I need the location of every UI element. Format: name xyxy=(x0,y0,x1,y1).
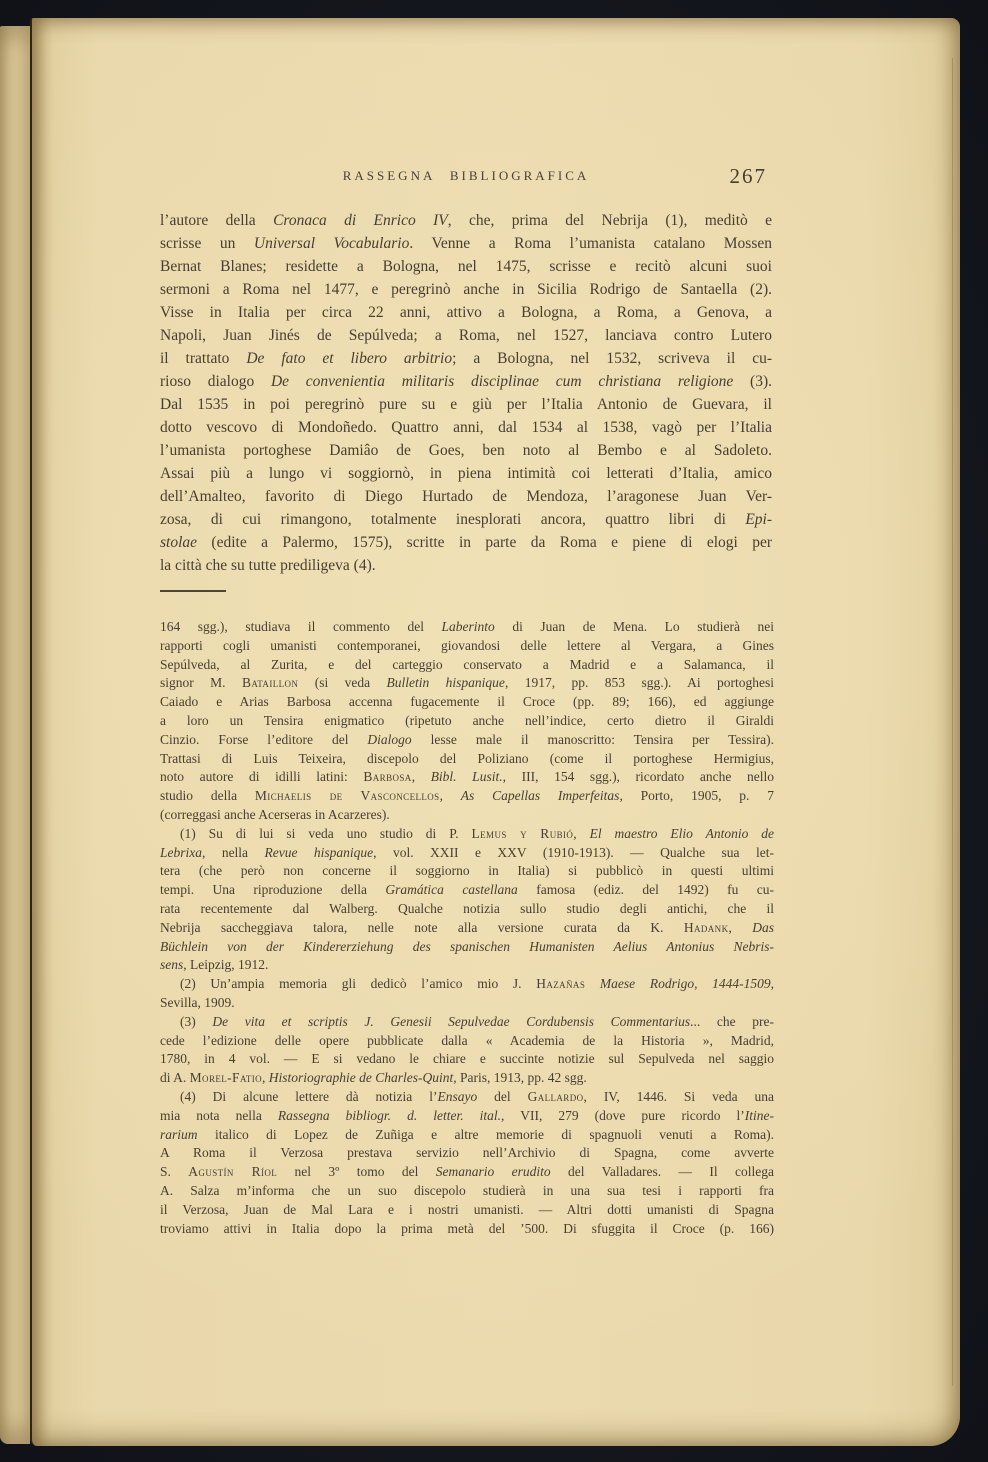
previous-page-edge xyxy=(0,26,30,1444)
text-line: 164 sgg.), studiava il commento del Labe… xyxy=(160,618,774,637)
text-line: l’umanista portoghese Damiâo de Goes, be… xyxy=(160,439,772,462)
text-line: A Roma il Verzosa prestava servizio nell… xyxy=(160,1144,774,1163)
text-line: mia nota nella Rassegna bibliogr. d. let… xyxy=(160,1107,774,1126)
book-page: RASSEGNA BIBLIOGRAFICA 267 l’autore dell… xyxy=(30,18,960,1446)
text-line: sens, Leipzig, 1912. xyxy=(160,956,774,975)
text-line: zosa, di cui rimangono, totalmente inesp… xyxy=(160,508,772,531)
body-paragraph: l’autore della Cronaca di Enrico IV, che… xyxy=(160,209,772,577)
text-line: rata recentemente dal Walberg. Qualche n… xyxy=(160,900,774,919)
text-line: Nebrija saccheggiava talora, nelle note … xyxy=(160,919,774,938)
text-line: (2) Un’ampia memoria gli dedicò l’amico … xyxy=(160,975,774,994)
footnote-2: (2) Un’ampia memoria gli dedicò l’amico … xyxy=(160,975,774,1013)
text-line: la città che su tutte prediligeva (4). xyxy=(160,554,772,577)
text-line: Büchlein von der Kindererziehung des spa… xyxy=(160,938,774,957)
text-line: di A. Morel-Fatio, Historiographie de Ch… xyxy=(160,1069,774,1088)
text-line: Bernat Blanes; residette a Bologna, nel … xyxy=(160,255,772,278)
footnote-3: (3) De vita et scriptis J. Genesii Sepul… xyxy=(160,1013,774,1088)
text-line: tempi. Una riproduzione della Gramática … xyxy=(160,881,774,900)
text-line: A. Salza m’informa che un suo discepolo … xyxy=(160,1182,774,1201)
footnote-4: (4) Di alcune lettere dà notizia l’Ensay… xyxy=(160,1088,774,1238)
text-line: l’autore della Cronaca di Enrico IV, che… xyxy=(160,209,772,232)
text-line: Sevilla, 1909. xyxy=(160,994,774,1013)
text-line: sermoni a Roma nel 1477, e peregrinò anc… xyxy=(160,278,772,301)
text-line: (3) De vita et scriptis J. Genesii Sepul… xyxy=(160,1013,774,1032)
text-line: noto autore di idilli latini: Barbosa, B… xyxy=(160,768,774,787)
running-head-title: RASSEGNA BIBLIOGRAFICA xyxy=(160,168,772,184)
text-line: Napoli, Juan Jinés de Sepúlveda; a Roma,… xyxy=(160,324,772,347)
text-line: il trattato De fato et libero arbitrio; … xyxy=(160,347,772,370)
text-line: dotto vescovo di Mondoñedo. Quattro anni… xyxy=(160,416,772,439)
text-line: Cinzio. Forse l’editore del Dialogo less… xyxy=(160,731,774,750)
text-line: Visse in Italia per circa 22 anni, attiv… xyxy=(160,301,772,324)
text-line: S. Agustín Ríol nel 3º tomo del Semanari… xyxy=(160,1163,774,1182)
text-line: 1780, in 4 vol. — E si vedano le chiare … xyxy=(160,1050,774,1069)
text-line: Assai più a lungo vi soggiornò, in piena… xyxy=(160,462,772,485)
text-line: (1) Su di lui si veda uno studio di P. L… xyxy=(160,825,774,844)
footnotes-section: 164 sgg.), studiava il commento del Labe… xyxy=(160,618,774,1238)
text-line: (correggasi anche Acerseras in Acarzeres… xyxy=(160,806,774,825)
footnote-continuation: 164 sgg.), studiava il commento del Labe… xyxy=(160,618,774,825)
text-line: il Verzosa, Juan de Mal Lara e i nostri … xyxy=(160,1201,774,1220)
text-line: (4) Di alcune lettere dà notizia l’Ensay… xyxy=(160,1088,774,1107)
footnote-separator-rule xyxy=(160,590,226,592)
running-head: RASSEGNA BIBLIOGRAFICA 267 xyxy=(160,168,772,194)
text-line: studio della Michaelis de Vasconcellos, … xyxy=(160,787,774,806)
text-line: rapporti cogli umanisti contemporanei, g… xyxy=(160,637,774,656)
text-line: scrisse un Universal Vocabulario. Venne … xyxy=(160,232,772,255)
text-line: rarium italico di Lopez de Zuñiga e altr… xyxy=(160,1126,774,1145)
text-line: signor M. Bataillon (si veda Bulletin hi… xyxy=(160,674,774,693)
text-line: Dal 1535 in poi peregrinò pure su e giù … xyxy=(160,393,772,416)
text-line: Lebrixa, nella Revue hispanique, vol. XX… xyxy=(160,844,774,863)
text-line: Trattasi di Luis Teixeira, discepolo del… xyxy=(160,750,774,769)
text-line: tera (che però non concerne il soggiorno… xyxy=(160,862,774,881)
text-line: stolae (edite a Palermo, 1575), scritte … xyxy=(160,531,772,554)
page-number: 267 xyxy=(730,164,768,189)
text-line: Sepúlveda, al Zurita, e del carteggio co… xyxy=(160,656,774,675)
text-line: troviamo attivi in Italia dopo la prima … xyxy=(160,1220,774,1239)
text-line: dell’Amalteo, favorito di Diego Hurtado … xyxy=(160,485,772,508)
footnote-1: (1) Su di lui si veda uno studio di P. L… xyxy=(160,825,774,975)
text-line: cede l’edizione delle opere pubblicate d… xyxy=(160,1032,774,1051)
text-line: Caiado e Arias Barbosa accenna fugacemen… xyxy=(160,693,774,712)
text-line: a loro un Tensira enigmatico (ripetuto a… xyxy=(160,712,774,731)
text-line: rioso dialogo De convenientia militaris … xyxy=(160,370,772,393)
